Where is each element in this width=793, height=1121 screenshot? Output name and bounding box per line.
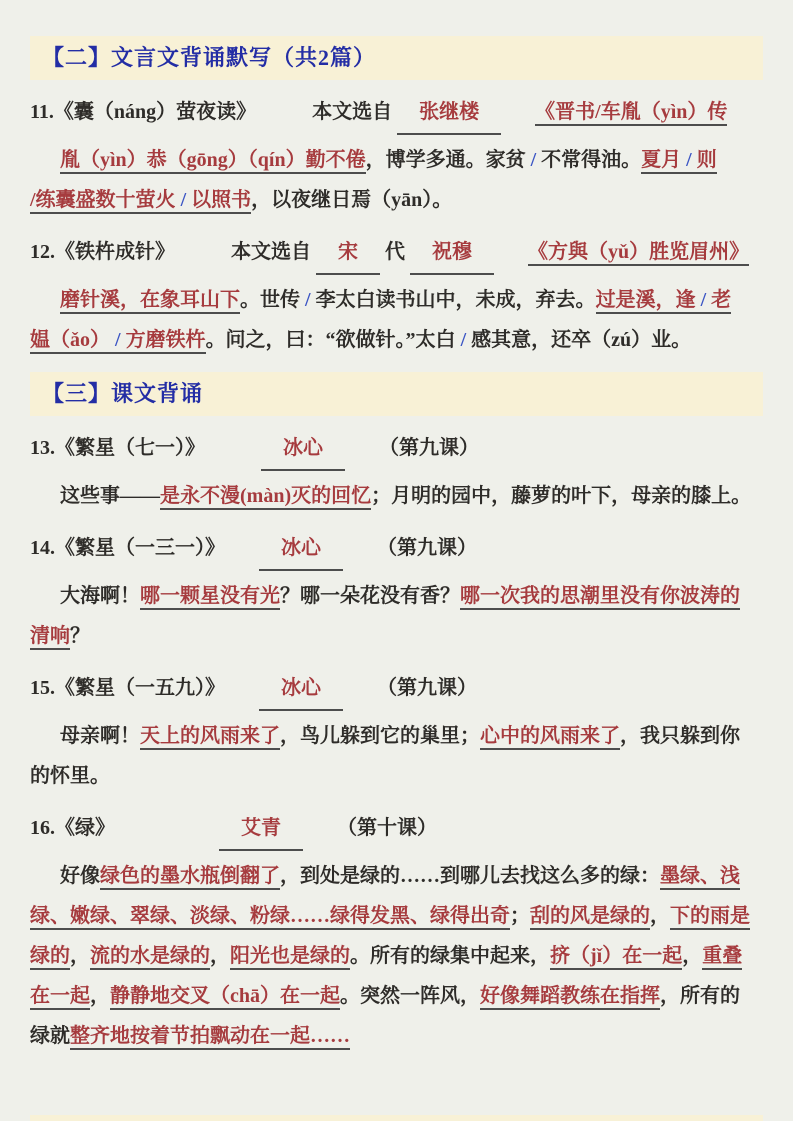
body-text: 15.《繁星（一五九）》	[30, 677, 225, 699]
answer-text: 磨针溪，在象耳山下	[60, 289, 240, 314]
answer-blank: 祝穆	[410, 232, 494, 275]
text-line: 胤（yìn）恭（gōng）（qín）勤不倦，博学多通。家贫 / 不常得油。夏月 …	[30, 140, 763, 180]
answer-text: 绿得发黑、绿得出奇	[330, 905, 510, 930]
body-text: 12.《铁杵成针》	[30, 241, 175, 263]
answer-text: 重叠	[702, 945, 742, 970]
answer-blank: 冰心	[259, 668, 343, 711]
text-line: 14.《繁星（一三一）》冰心（第九课）	[30, 528, 763, 568]
answer-blank: 冰心	[261, 428, 345, 471]
body-text: 绿就	[30, 1025, 70, 1047]
answer-text: 以照书	[186, 189, 251, 214]
answer-blank: 艾青	[219, 808, 303, 851]
text-line: 12.《铁杵成针》本文选自 宋 代 祝穆《方與（yǔ）胜览眉州》	[30, 232, 763, 272]
worksheet-page: 【二】文言文背诵默写（共2篇）11.《囊（náng）萤夜读》本文选自 张继楼《晋…	[0, 0, 793, 1121]
body-text: （第九课）	[379, 437, 479, 459]
body-text: 代	[380, 241, 410, 263]
body-text: （第十课）	[337, 817, 437, 839]
text-line: 绿、嫩绿、翠绿、淡绿、粉绿……绿得发黑、绿得出奇；刮的风是绿的，下的雨是	[30, 896, 763, 936]
body-text: （第九课）	[377, 537, 477, 559]
answer-text: 哪一次我的思潮里没有你波涛的	[460, 585, 740, 610]
body-text: ；	[510, 905, 530, 927]
body-text: ，到处是绿的……到哪儿去找这么多的绿：	[280, 865, 660, 887]
body-text: ，所有的	[660, 985, 740, 1007]
text-line: 大海啊！哪一颗星没有光？哪一朵花没有香？哪一次我的思潮里没有你波涛的	[30, 576, 763, 616]
section-banner: 【二】文言文背诵默写（共2篇）	[30, 36, 763, 80]
text-line: 16.《绿》艾青（第十课）	[30, 808, 763, 848]
answer-text: 过是溪，逢	[596, 289, 701, 314]
answer-text: 刮的风是绿的	[530, 905, 650, 930]
answer-text: 阳光也是绿的	[230, 945, 350, 970]
text-line: /练囊盛数十萤火 / 以照书，以夜继日焉（yān）。	[30, 180, 763, 220]
body-text: 好像	[60, 865, 100, 887]
answer-text: 清响	[30, 625, 70, 650]
body-text: ？	[70, 625, 90, 647]
answer-text: 老	[706, 289, 731, 314]
text-line: 的怀里。	[30, 756, 763, 796]
section-banner: 【三】课文背诵	[30, 372, 763, 416]
body-text: 本文选自	[312, 101, 397, 123]
answer-text: 天上的风雨来了	[140, 725, 280, 750]
answer-text: 媪（ǎo）	[30, 329, 115, 354]
answer-text: 挤（jǐ）在一起	[550, 945, 682, 970]
body-text: ；月明的园中，藤萝的叶下，母亲的膝上。	[371, 485, 751, 507]
body-text: ，	[70, 945, 90, 967]
answer-text: 心中的风雨来了	[480, 725, 620, 750]
answer-text: 《晋书/车胤（yìn）传	[535, 101, 727, 126]
answer-blank: 张继楼	[397, 92, 501, 135]
body-text: 16.《绿》	[30, 817, 115, 839]
answer-text: 则	[692, 149, 717, 174]
body-text: 这些事——	[60, 485, 160, 507]
pause-slash: /	[115, 329, 121, 354]
text-line: 13.《繁星（七一）》冰心（第九课）	[30, 428, 763, 468]
answer-blank: 冰心	[259, 528, 343, 571]
body-text: ，我只躲到你	[620, 725, 740, 747]
answer-text: 整齐地按着节拍飘动在一起……	[70, 1025, 350, 1050]
body-text: 的怀里。	[30, 765, 110, 787]
text-line: 11.《囊（náng）萤夜读》本文选自 张继楼《晋书/车胤（yìn）传	[30, 92, 763, 132]
answer-text: 在一起	[30, 985, 90, 1010]
body-text: 13.《繁星（七一）》	[30, 437, 205, 459]
body-text: ，	[682, 945, 702, 967]
answer-text: 墨绿、浅	[660, 865, 740, 890]
answer-text: 好像舞蹈教练在指挥	[480, 985, 660, 1010]
body-text: ，	[90, 985, 110, 1007]
answer-blank: 宋	[316, 232, 380, 275]
text-line: 母亲啊！天上的风雨来了，鸟儿躲到它的巢里；心中的风雨来了，我只躲到你	[30, 716, 763, 756]
body-text: ，	[210, 945, 230, 967]
text-line: 这些事——是永不漫(màn)灭的回忆；月明的园中，藤萝的叶下，母亲的膝上。	[30, 476, 763, 516]
answer-text: 哪一颗星没有光	[140, 585, 280, 610]
body-text: ，以夜继日焉（yān）。	[251, 189, 452, 211]
body-text: 母亲啊！	[60, 725, 140, 747]
body-text: 。世传	[240, 289, 305, 311]
text-line: 15.《繁星（一五九）》冰心（第九课）	[30, 668, 763, 708]
body-text: 。问之，曰：“欲做针。”太白	[206, 329, 461, 351]
text-line: 好像绿色的墨水瓶倒翻了，到处是绿的……到哪儿去找这么多的绿：墨绿、浅	[30, 856, 763, 896]
pause-slash: /	[686, 149, 692, 174]
body-text: 本文选自	[231, 241, 316, 263]
body-text: 11.《囊（náng）萤夜读》	[30, 101, 256, 123]
body-text: ，博学多通。家贫	[366, 149, 531, 171]
next-section-banner-edge	[30, 1115, 763, 1121]
answer-text: 绿的	[30, 945, 70, 970]
text-line: 绿就整齐地按着节拍飘动在一起……	[30, 1016, 763, 1056]
answer-text: 方磨铁杵	[121, 329, 206, 354]
text-line: 磨针溪，在象耳山下。世传 / 李太白读书山中，未成，弃去。过是溪，逢 / 老	[30, 280, 763, 320]
body-text: （第九课）	[377, 677, 477, 699]
body-text: 不常得油。	[536, 149, 641, 171]
text-line: 媪（ǎo） / 方磨铁杵。问之，曰：“欲做针。”太白 / 感其意，还卒（zú）业…	[30, 320, 763, 360]
text-line: 清响？	[30, 616, 763, 656]
text-line: 在一起，静静地交叉（chā）在一起。突然一阵风，好像舞蹈教练在指挥，所有的	[30, 976, 763, 1016]
body-text: 李太白读书山中，未成，弃去。	[311, 289, 596, 311]
answer-text: 静静地交叉（chā）在一起	[110, 985, 340, 1010]
answer-text: 流的水是绿的	[90, 945, 210, 970]
body-text: 感其意，还卒（zú）业。	[466, 329, 691, 351]
body-text: 。突然一阵风，	[340, 985, 480, 1007]
answer-text: /练囊盛数十萤火	[30, 189, 181, 214]
answer-text: 下的雨是	[670, 905, 750, 930]
answer-text: 绿、嫩绿、翠绿、淡绿、粉绿……	[30, 905, 330, 930]
body-text: 。所有的绿集中起来，	[350, 945, 550, 967]
answer-text: 《方與（yǔ）胜览眉州》	[528, 241, 749, 266]
body-text: 大海啊！	[60, 585, 140, 607]
answer-text: 是永不漫(màn)灭的回忆	[160, 485, 371, 510]
body-text: 14.《繁星（一三一）》	[30, 537, 225, 559]
text-line: 绿的，流的水是绿的，阳光也是绿的。所有的绿集中起来，挤（jǐ）在一起，重叠	[30, 936, 763, 976]
answer-text: 夏月	[641, 149, 686, 174]
answer-text: 绿色的墨水瓶倒翻了	[100, 865, 280, 890]
answer-text: 胤（yìn）恭（gōng）（qín）勤不倦	[60, 149, 366, 174]
body-text: ？哪一朵花没有香？	[280, 585, 460, 607]
body-text: ，鸟儿躲到它的巢里；	[280, 725, 480, 747]
body-text: ，	[650, 905, 670, 927]
